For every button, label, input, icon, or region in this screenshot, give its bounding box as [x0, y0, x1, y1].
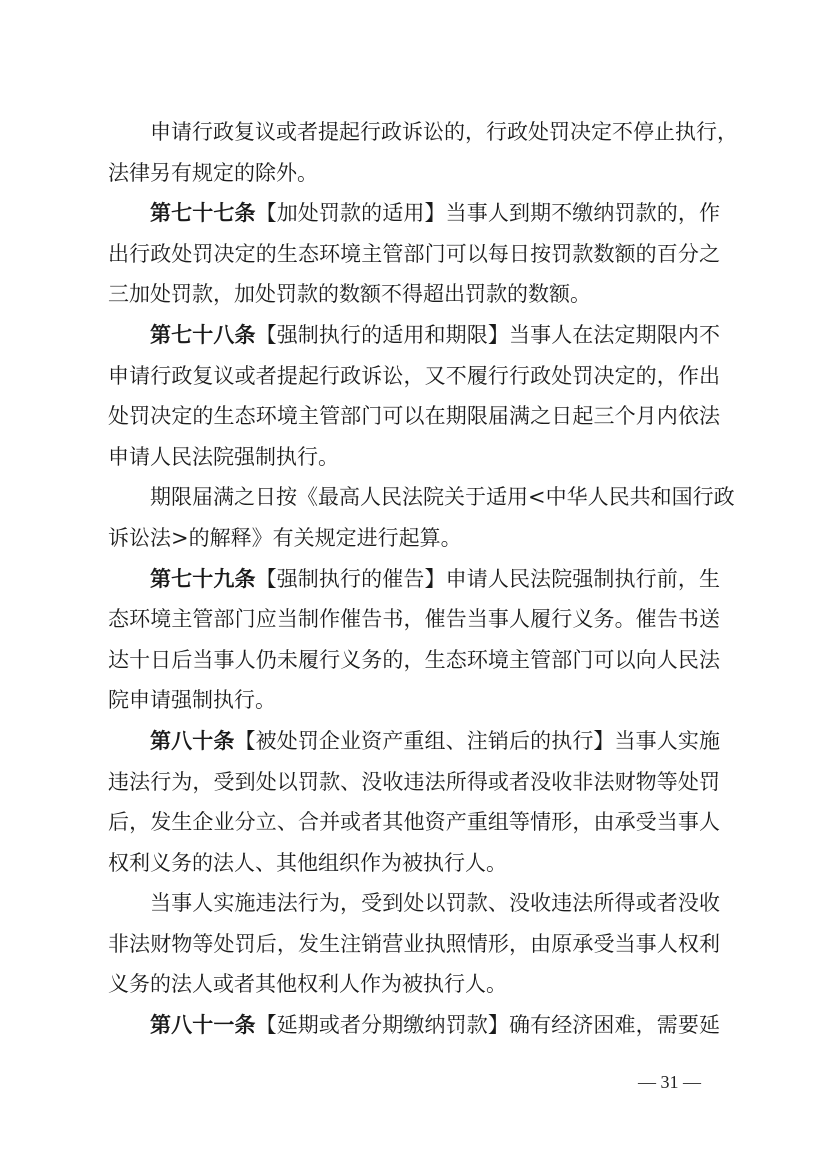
- text-line: 处罚决定的生态环境主管部门可以在期限届满之日起三个月内依法: [108, 396, 720, 437]
- text-line: 权利义务的法人、其他组织作为被执行人。: [108, 843, 720, 884]
- article-number: 第七十九条: [150, 567, 256, 591]
- text-span: 【加处罚款的适用】当事人到期不缴纳罚款的，作: [256, 201, 720, 225]
- article-line: 第七十八条【强制执行的适用和期限】当事人在法定期限内不: [108, 315, 720, 356]
- text-line: 申请人民法院强制执行。: [108, 437, 720, 478]
- document-body: 申请行政复议或者提起行政诉讼的，行政处罚决定不停止执行， 法律另有规定的除外。 …: [108, 112, 720, 1046]
- text-line: 达十日后当事人仍未履行义务的，生态环境主管部门可以向人民法: [108, 640, 720, 681]
- text-line: 诉讼法>的解释》有关规定进行起算。: [108, 518, 720, 559]
- text-line: 后，发生企业分立、合并或者其他资产重组等情形，由承受当事人: [108, 802, 720, 843]
- article-number: 第七十八条: [150, 323, 256, 347]
- text-line: 态环境主管部门应当制作催告书，催告当事人履行义务。催告书送: [108, 599, 720, 640]
- article-line: 第八十一条【延期或者分期缴纳罚款】确有经济困难，需要延: [108, 1005, 720, 1046]
- page-number: — 31 —: [638, 1072, 701, 1093]
- article-number: 第八十一条: [150, 1013, 256, 1037]
- text-line: 三加处罚款，加处罚款的数额不得超出罚款的数额。: [108, 274, 720, 315]
- article-number: 第七十七条: [150, 201, 256, 225]
- article-line: 第七十七条【加处罚款的适用】当事人到期不缴纳罚款的，作: [108, 193, 720, 234]
- text-line: 期限届满之日按《最高人民法院关于适用<中华人民共和国行政: [108, 477, 720, 518]
- text-span: 【延期或者分期缴纳罚款】确有经济困难，需要延: [256, 1013, 720, 1037]
- text-span: 【强制执行的催告】申请人民法院强制执行前，生: [256, 567, 720, 591]
- text-line: 违法行为，受到处以罚款、没收违法所得或者没收非法财物等处罚: [108, 762, 720, 803]
- text-line: 出行政处罚决定的生态环境主管部门可以每日按罚款数额的百分之: [108, 234, 720, 275]
- article-line: 第八十条【被处罚企业资产重组、注销后的执行】当事人实施: [108, 721, 720, 762]
- text-line: 当事人实施违法行为，受到处以罚款、没收违法所得或者没收: [108, 883, 720, 924]
- text-line: 院申请强制执行。: [108, 680, 720, 721]
- article-number: 第八十条: [150, 729, 234, 753]
- text-span: 【被处罚企业资产重组、注销后的执行】当事人实施: [234, 729, 720, 753]
- text-line: 申请行政复议或者提起行政诉讼的，行政处罚决定不停止执行，: [108, 112, 720, 153]
- text-line: 法律另有规定的除外。: [108, 153, 720, 194]
- article-line: 第七十九条【强制执行的催告】申请人民法院强制执行前，生: [108, 559, 720, 600]
- text-line: 申请行政复议或者提起行政诉讼，又不履行行政处罚决定的，作出: [108, 356, 720, 397]
- text-span: 【强制执行的适用和期限】当事人在法定期限内不: [256, 323, 720, 347]
- text-line: 非法财物等处罚后，发生注销营业执照情形，由原承受当事人权利: [108, 924, 720, 965]
- text-line: 义务的法人或者其他权利人作为被执行人。: [108, 964, 720, 1005]
